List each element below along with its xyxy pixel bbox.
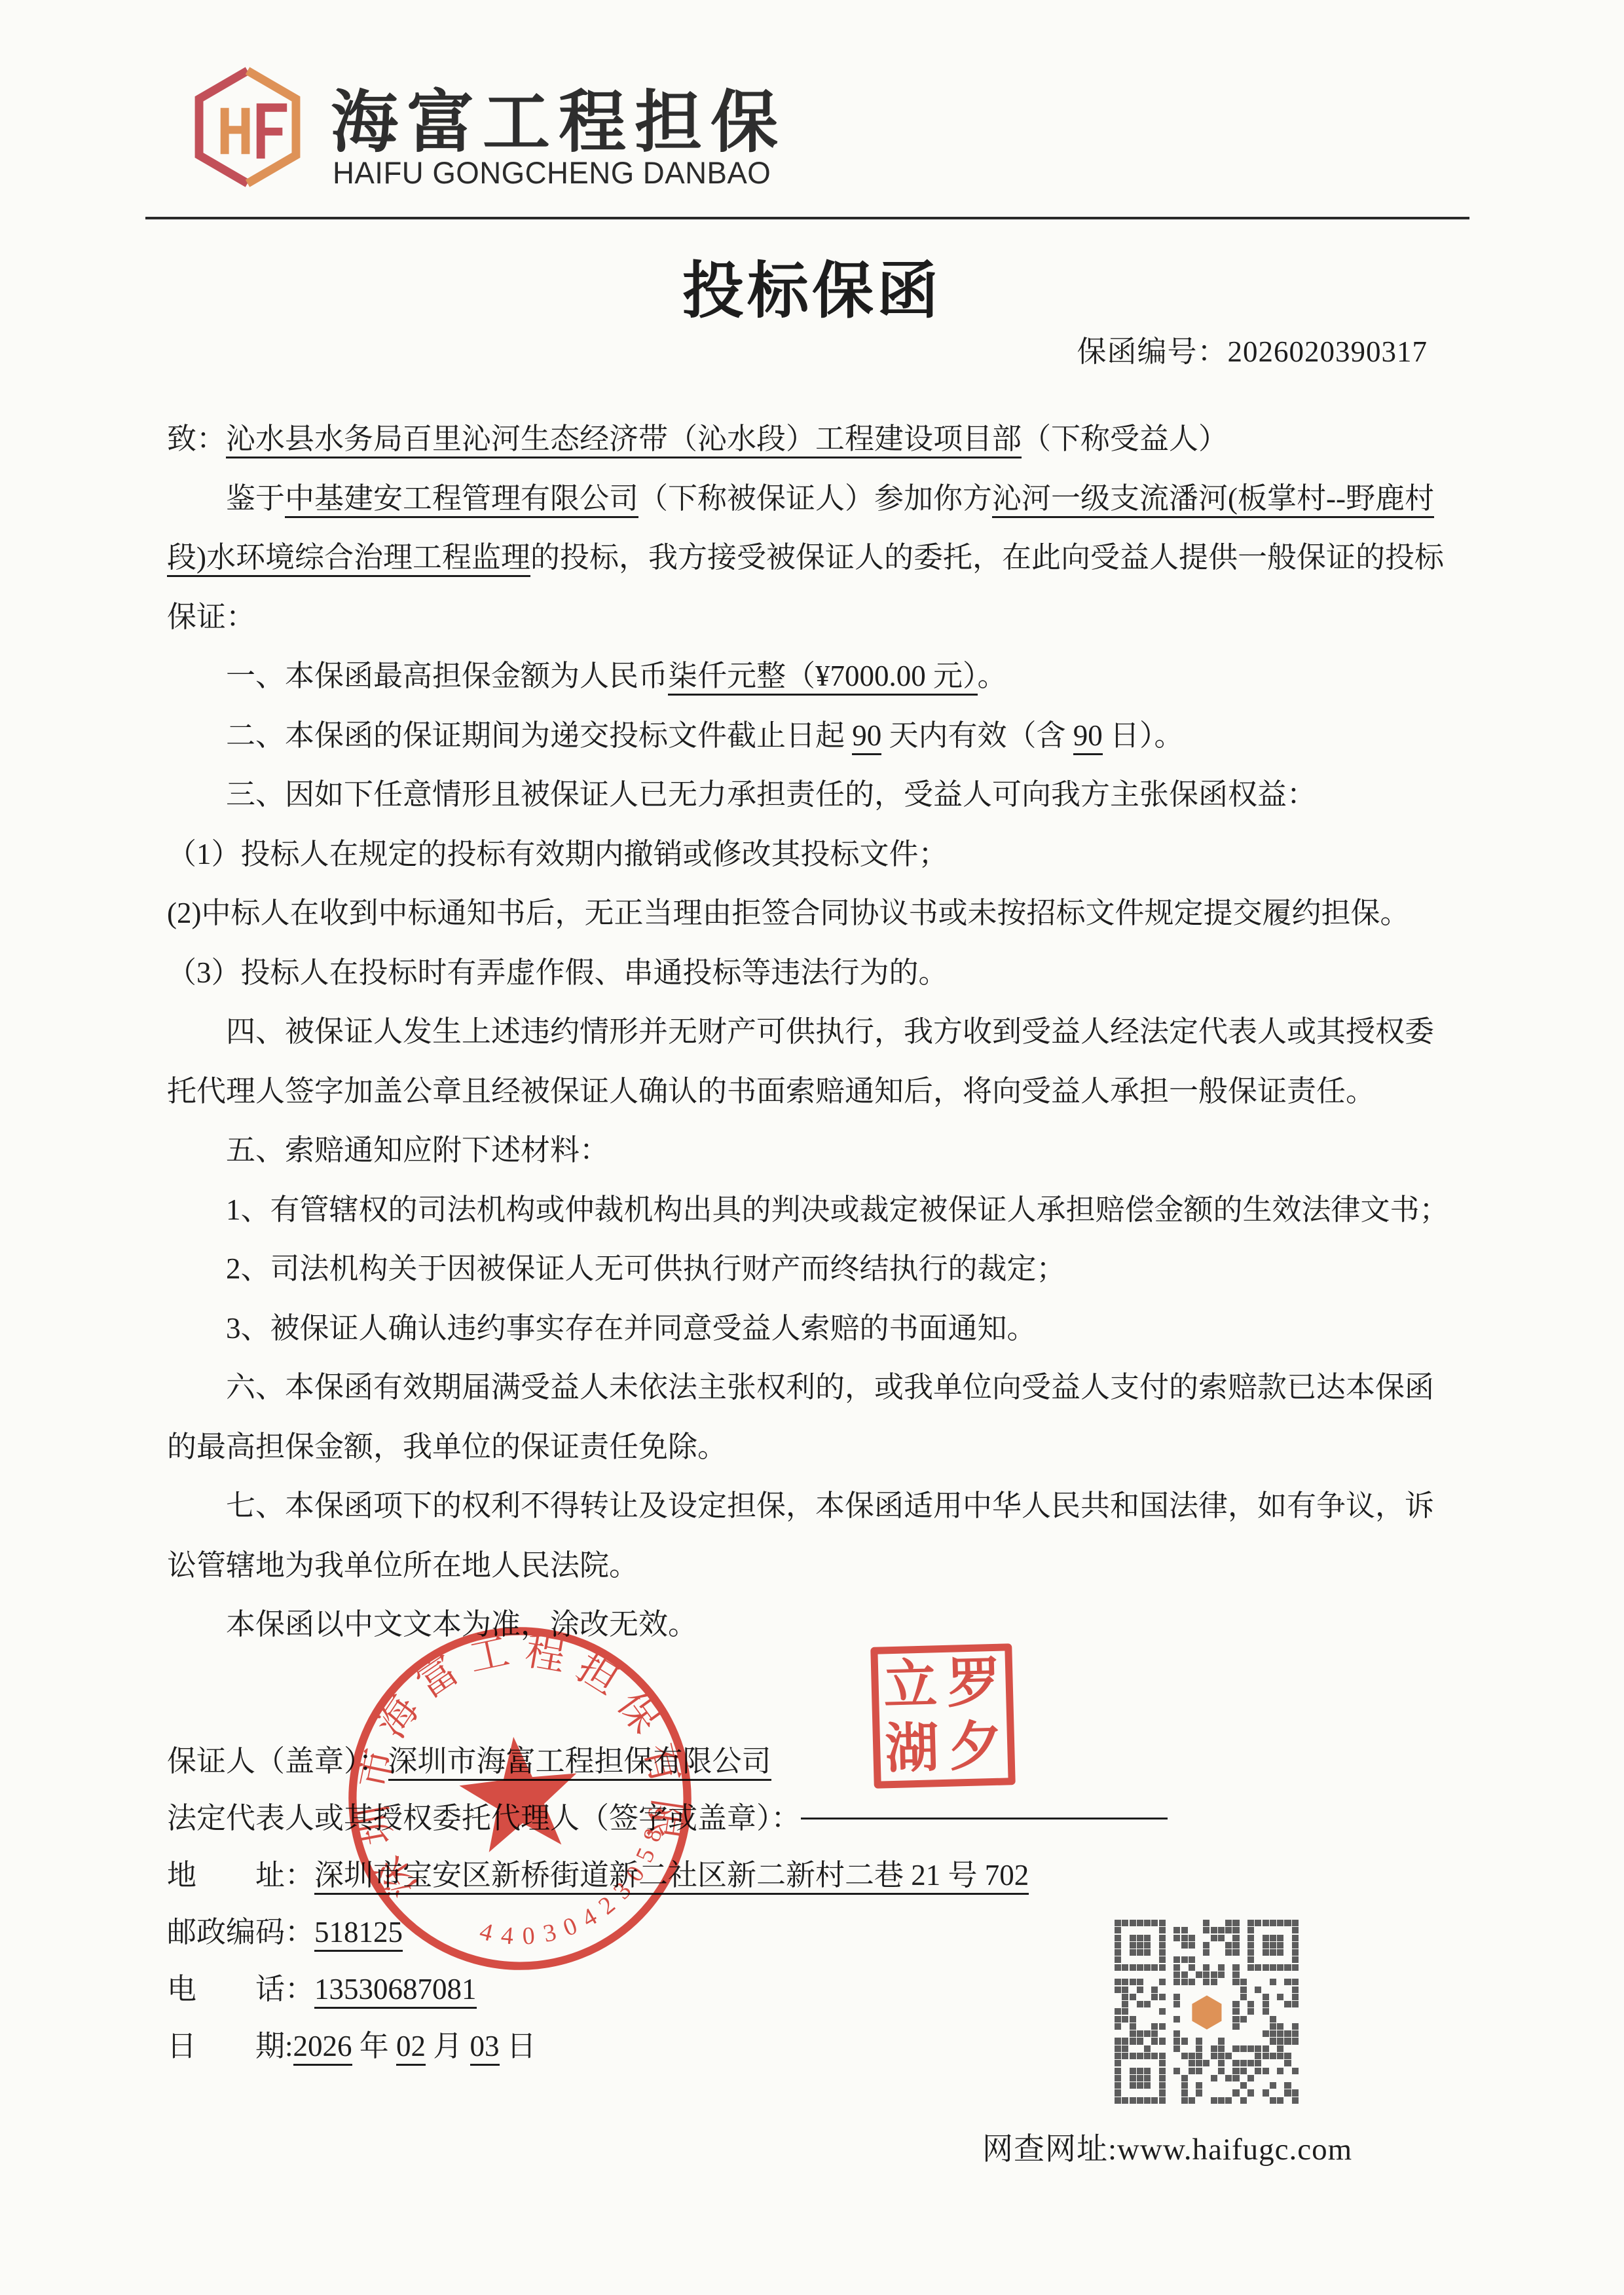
logo-letter-h [221,108,250,155]
verify-url: 网查网址:www.haifugc.com [982,2125,1352,2169]
qr-code: ⬢ [1115,1920,1299,2104]
text-line: 五、索赔通知应附下述材料： [167,1121,1483,1180]
text-line: 讼管辖地为我单位所在地人民法院。 [167,1536,1483,1595]
square-seal-char: 立 [883,1658,938,1713]
body-text: 致：沁水县水务局百里沁河生态经济带（沁水段）工程建设项目部（下称受益人）鉴于中基… [167,409,1483,1654]
seal-star-icon [455,1730,584,1854]
text-line: 托代理人签字加盖公章且经被保证人确认的书面索赔通知后，将向受益人承担一般保证责任… [167,1062,1483,1121]
logo-letter-f [257,103,287,159]
text-line: 四、被保证人发生上述违约情形并无财产可供执行，我方收到受益人经法定代表人或其授权… [167,1002,1483,1062]
scanned-guarantee-letter: 海富工程担保 HAIFU GONGCHENG DANBAO 投标保函 保函编号：… [0,0,1624,2295]
company-logo-hexagon-icon [191,63,304,191]
text-line: （3）投标人在投标时有弄虚作假、串通投标等违法行为的。 [167,943,1483,1003]
text-line: 段)水环境综合治理工程监理的投标，我方接受被保证人的委托，在此向受益人提供一般保… [167,528,1483,588]
svg-text:深圳市海富工程担保有限公司: 深圳市海富工程担保有限公司 [316,1594,698,1912]
brand-name-chinese: 海富工程担保 [331,68,786,165]
text-line: 3、被保证人确认违约事实存在并同意受益人索赔的书面通知。 [167,1299,1483,1358]
text-line: 的最高担保金额，我单位的保证责任免除。 [167,1417,1483,1477]
guarantee-number: 保函编号：2026020390317 [1077,327,1428,370]
text-line: (2)中标人在收到中标通知书后，无正当理由拒签合同协议书或未按招标文件规定提交履… [167,884,1483,943]
text-line: 七、本保函项下的权利不得转让及设定担保，本保函适用中华人民共和国法律，如有争议，… [167,1476,1483,1536]
round-company-seal: 深圳市海富工程担保有限公司 440304230586 [316,1594,724,2003]
text-line: 保证： [167,588,1483,647]
text-line: 2、司法机构关于因被保证人无可供执行财产而终结执行的裁定； [167,1239,1483,1299]
text-line: 致：沁水县水务局百里沁河生态经济带（沁水段）工程建设项目部（下称受益人） [167,409,1483,469]
text-line: （1）投标人在规定的投标有效期内撤销或修改其投标文件； [167,825,1483,884]
letterhead-divider [145,217,1469,219]
qr-center-logo-icon: ⬢ [1189,1992,1225,2032]
square-seal-char: 湖 [885,1721,940,1776]
square-seal-char: 罗 [946,1656,1001,1711]
text-line: 三、因如下任意情形且被保证人已无力承担责任的，受益人可向我方主张保函权益： [167,765,1483,825]
text-line: 鉴于中基建安工程管理有限公司（下称被保证人）参加你方沁河一级支流潘河(板掌村--… [167,469,1483,529]
document-title: 投标保函 [0,241,1624,329]
text-line: 一、本保函最高担保金额为人民币柒仟元整（¥7000.00 元）。 [167,646,1483,706]
text-line: 1、有管辖权的司法机构或仲裁机构出具的判决或裁定被保证人承担赔偿金额的生效法律文… [167,1180,1483,1240]
seal-company-text: 深圳市海富工程担保有限公司 [316,1594,698,1912]
brand-name-pinyin: HAIFU GONGCHENG DANBAO [333,155,771,191]
text-line: 二、本保函的保证期间为递交投标文件截止日起 90 天内有效（含 90 日）。 [167,706,1483,766]
square-seal: 立 罗 湖 夕 [870,1643,1016,1789]
text-line: 六、本保函有效期届满受益人未依法主张权利的，或我单位向受益人支付的索赔款已达本保… [167,1358,1483,1417]
square-seal-char: 夕 [948,1719,1003,1774]
